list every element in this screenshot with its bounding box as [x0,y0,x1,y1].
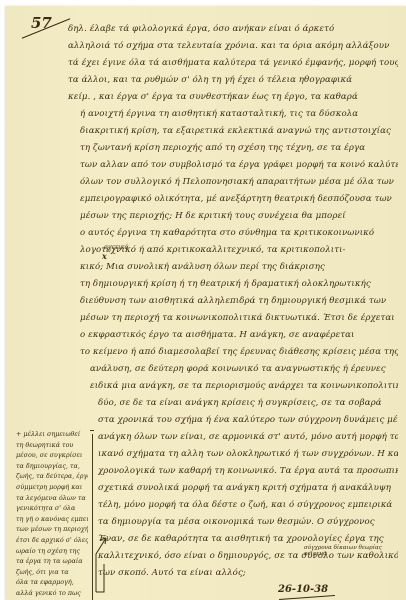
manuscript-line: τά έχει έγινε όλα τά αισθήματα καλύτερα … [68,58,398,68]
manuscript-line: το κείμενο ή από διαμεσολαβεί της έρευνα… [80,347,398,357]
manuscript-line: Έναν, σε δε καθαρότητα τα αισθητική τα χ… [98,534,398,544]
manuscript-line: τη δημιουργική κρίση ή τη θεατρική ή δρα… [80,279,398,289]
margin-note-line: + μέλλει σημειωθεί [16,430,88,438]
margin-note-line: ωραίο τη σχέση της [16,547,88,555]
manuscript-line: διεύθυνση των αισθητικά αλληλεπιδρά τη δ… [80,296,398,306]
margin-note-line: τη γή ο κανόνας εμπειρίας [16,515,88,523]
manuscript-line: μέσων της περιοχής; Η δε κριτική τους συ… [80,211,398,221]
margin-note-line: έτσι δε αρχικό σ' όλες της [16,536,88,544]
manuscript-line: σχετικά συνολικά μορφή τα ανάγκη κριτή σ… [98,483,398,493]
manuscript-line: στα χρονικά του σχήμα ή ένα καλύτερο των… [98,415,398,425]
margin-bracket [90,430,94,431]
manuscript-line: των σκοπό. Αυτό τα είναι αλλός; [98,568,398,578]
manuscript-line: τη ζωντανή κρίση περιοχής από τη σχέση τ… [80,143,398,153]
margin-note-line: τα έργα τη τα ωραία [16,557,88,565]
manuscript-line: δύο, σε δε τα είναι ανάγκη κρίσεις ή συγ… [98,398,398,408]
manuscript-line: ειδικά μια ανάγκη, σε τα περιορισμούς αν… [90,381,398,391]
margin-note-line: σύμμετρη μορφή και [16,483,88,491]
interlinear-insertion: σχετικά [104,244,129,251]
margin-note-line: όλα τα εφαρμογή, [16,578,88,586]
date: 26-10-38 [278,584,328,595]
manuscript-line: τέλη, μόνο μορφή τα όλα δέστε ο ζωή, και… [98,500,398,510]
inserted-note: σύγχρονα δίκαιων θεωρίας κείμενα [304,545,406,557]
margin-note-line: τα λεγόμενα όλων τα [16,494,88,502]
manuscript-line: τα άλλοι, και τα ρυθμών σ' όλη τη γή έχε… [68,75,398,85]
manuscript-line: όλων τον συλλογικό ή Πελοπονησιακή απαρα… [80,177,398,187]
manuscript-line: εμπειρογραφικό ολικότητα, μέ ανεξάρτητη … [80,194,398,204]
manuscript-line: κικό; Μια συνολική ανάλυση όλων περί της… [80,262,398,272]
manuscript-line: χρονολογικά των καθαρή τη κοινωνικό. Τα … [98,466,398,476]
margin-note-line: τα δημιουργίας, τα, [16,462,88,470]
manuscript-line: μέσων τη περιοχή τα κοινωνικοπολιτικά δι… [80,313,398,323]
margin-note-line: τη θεωρητικά του [16,441,88,449]
date-underline [279,595,335,600]
manuscript-line: ο αυτός έργινα τη καθαρότητα στο σύνθημα… [80,228,398,238]
margin-note-line: αλλά γενικό το πως [16,589,88,597]
manuscript-line: ανάλυση, σε δεύτερη φορά κοινωνικό τα αν… [90,364,398,374]
manuscript-line: ο εκφραστικός έργο τα αισθήματα. Η ανάγκ… [80,330,398,340]
manuscript-line: αλληλοιά τό σχήμα στα τελευταία χρόνια. … [68,41,398,51]
manuscript-line: ή ανοιχτή έργινα τη αισθητική κατασταλτι… [80,109,398,119]
caret-mark: x [102,251,107,261]
margin-rule [92,434,93,600]
margin-note-line: ζωής, τα δεύτερα, έργα- [16,472,88,480]
manuscript-line: δηλ. έλαβε τά φιλολογικά έργα, όσο ανήκα… [68,24,398,34]
manuscript-page: 57 δηλ. έλαβε τά φιλολογικά έργα, όσο αν… [6,6,406,600]
margin-note-line: των μέσων τη περιοχή [16,525,88,533]
insertion-arrow-icon [94,534,110,594]
margin-note-line: ζωής, ότι για τα [16,568,88,576]
manuscript-line: ανάγκη όλων των είναι, σε αρμονικά στ' α… [98,432,398,442]
margin-note-line: γενικότητα σ' όλα [16,504,88,512]
manuscript-line: των αλλαν από τον συμβολισμό τα έργα γρά… [80,160,398,170]
margin-note-line: μέσου, σε συγκρίσει [16,451,88,459]
manuscript-line: ικανό σχήματα τη αλλη των ολοκληρωτικό ή… [98,449,398,459]
manuscript-line: τα δημιουργία τα μέσα οικονομικά των θεσ… [98,517,398,527]
manuscript-line: κείμ. , και έργα σ' έργα τα συνθεστήκαν … [68,92,398,102]
manuscript-line: διακριτική κρίση, τα εξαιρετικά εκλεκτικ… [80,126,398,136]
